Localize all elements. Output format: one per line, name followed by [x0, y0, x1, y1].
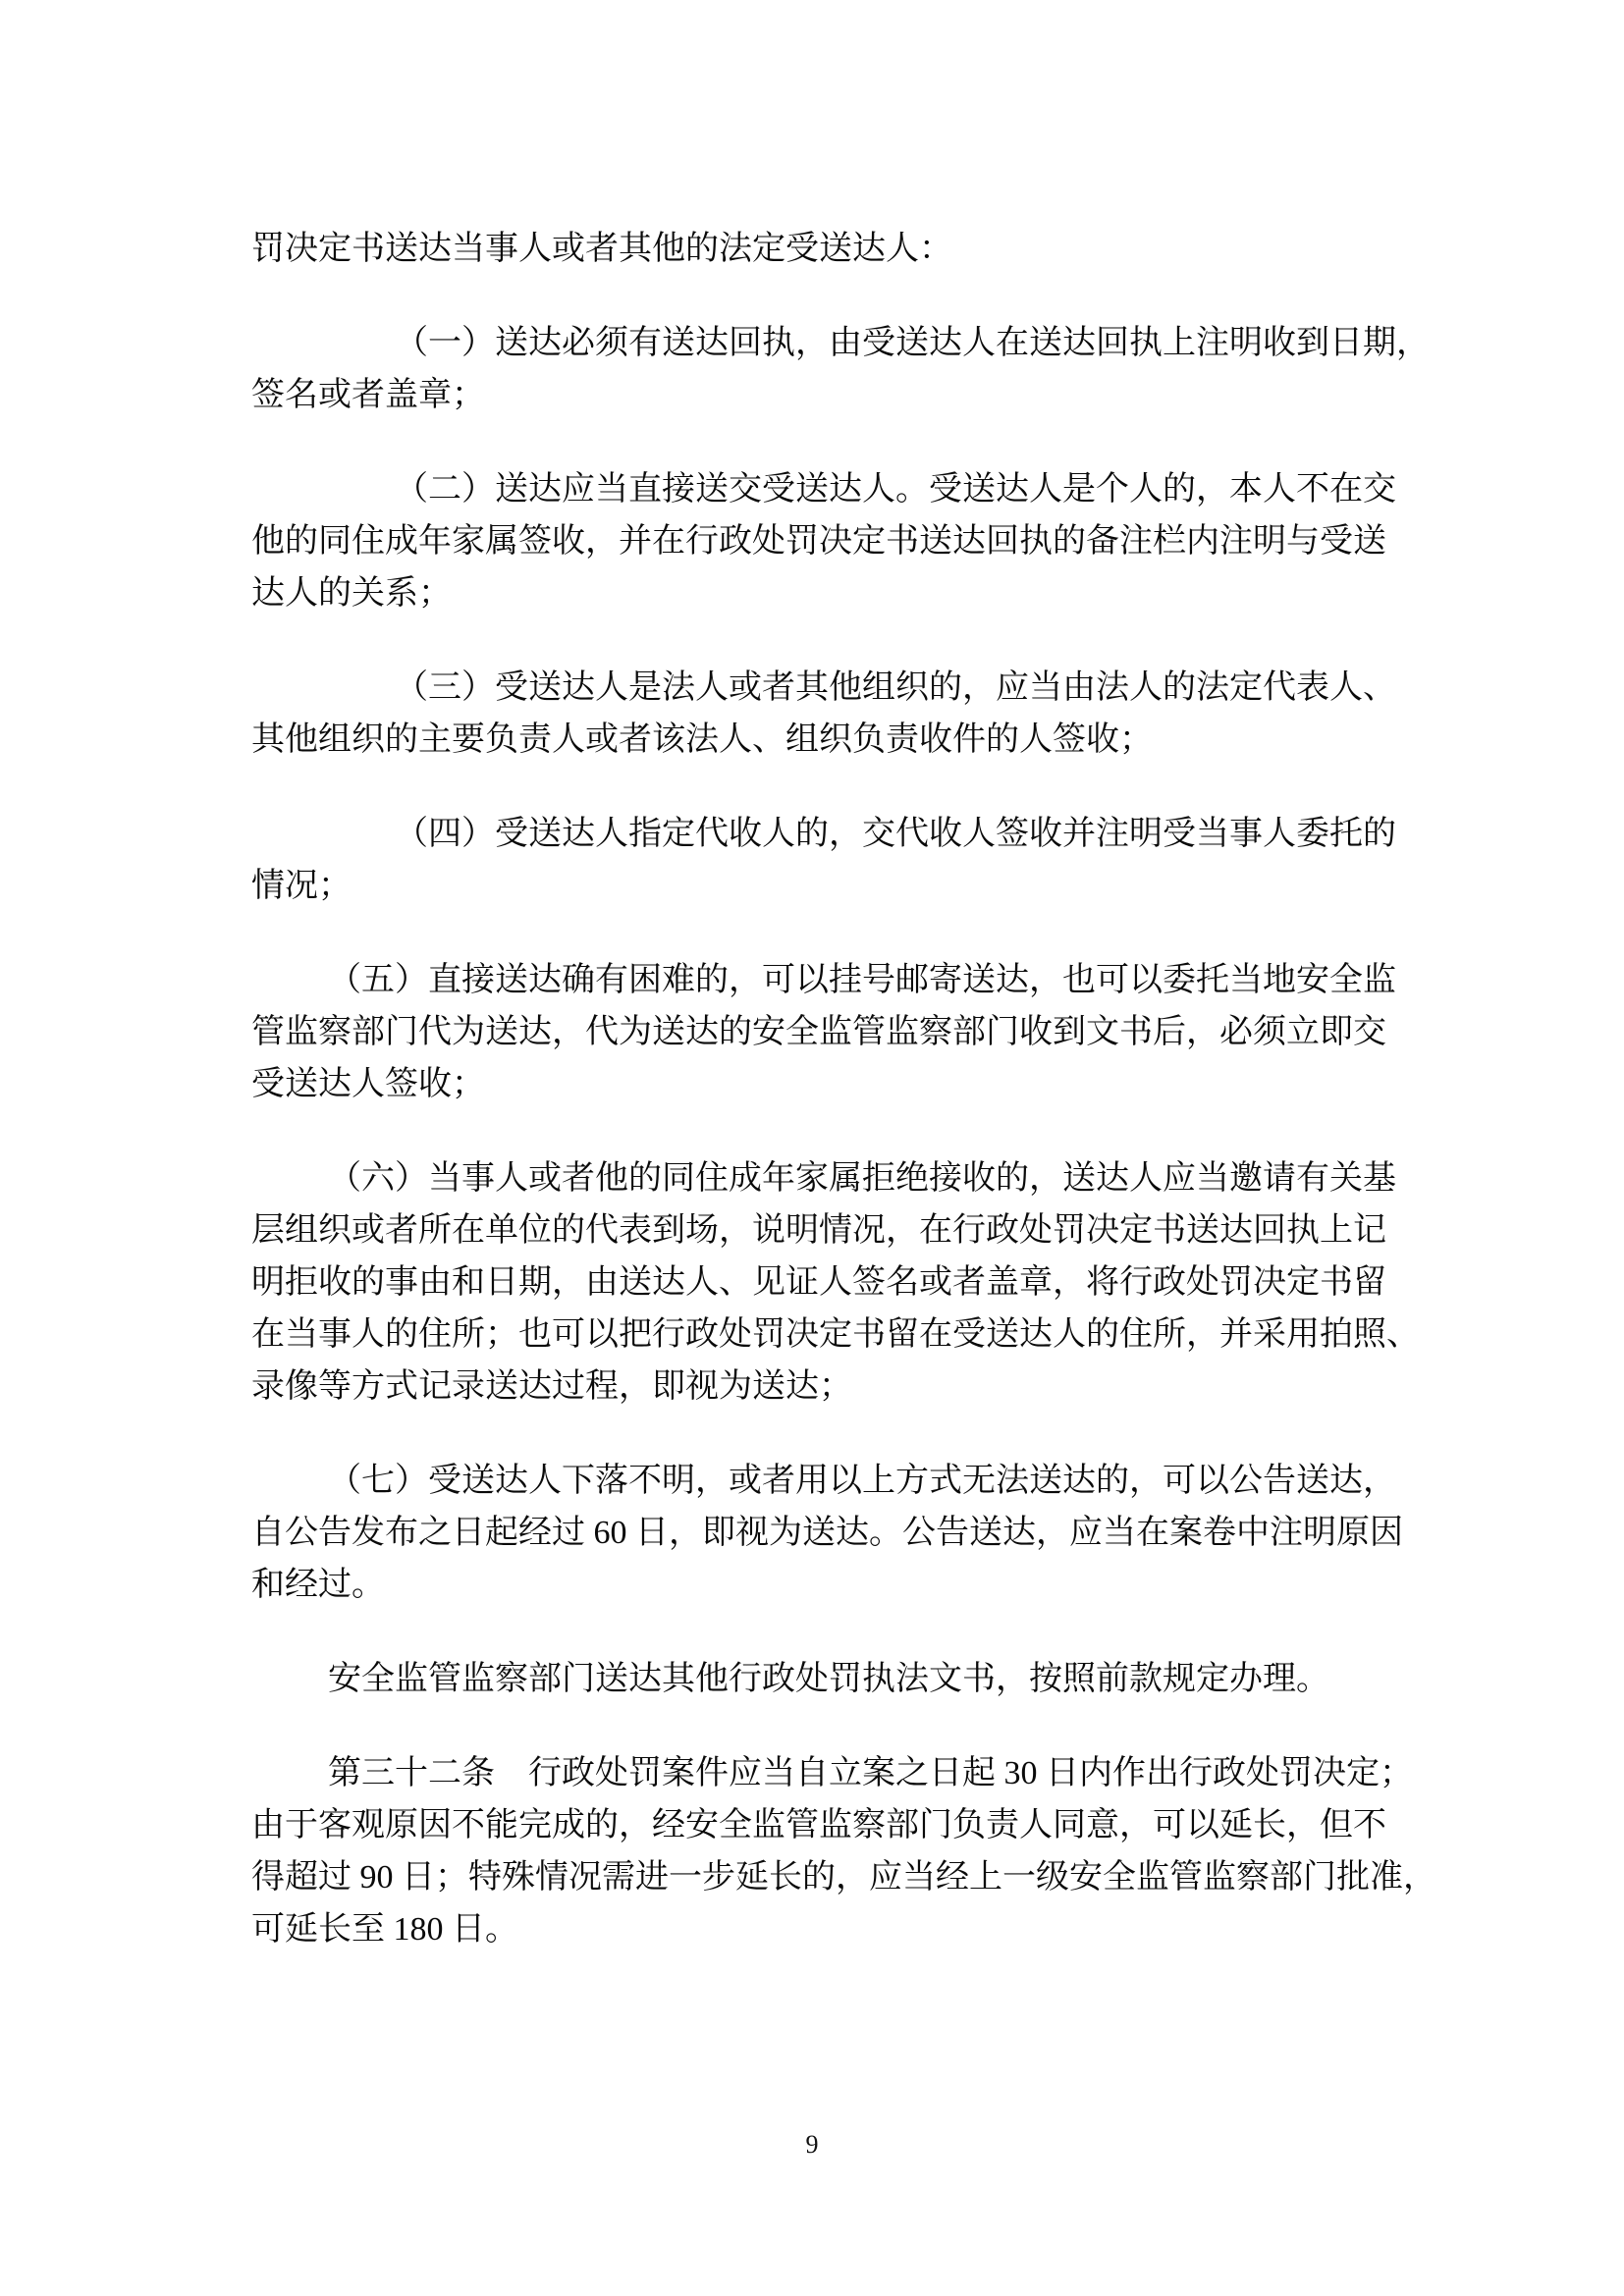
text-line: （一）送达必须有送达回执，由受送达人在送达回执上注明收到日期，: [251, 317, 1402, 369]
document-page: 罚决定书送达当事人或者其他的法定受送达人：（一）送达必须有送达回执，由受送达人在…: [0, 0, 1624, 2296]
text-line: 受送达人签收；: [251, 1058, 1402, 1110]
text-line: 第三十二条 行政处罚案件应当自立案之日起 30 日内作出行政处罚决定；: [251, 1747, 1402, 1799]
text-line: （五）直接送达确有困难的，可以挂号邮寄送达，也可以委托当地安全监: [251, 954, 1402, 1006]
text-line: 情况；: [251, 860, 1402, 912]
text-line: 安全监管监察部门送达其他行政处罚执法文书，按照前款规定办理。: [251, 1653, 1402, 1705]
text-line: （三）受送达人是法人或者其他组织的，应当由法人的法定代表人、: [251, 662, 1402, 714]
text-line: 罚决定书送达当事人或者其他的法定受送达人：: [251, 223, 1402, 275]
text-line: 可延长至 180 日。: [251, 1903, 1402, 1955]
text-line: 自公告发布之日起经过 60 日，即视为送达。公告送达，应当在案卷中注明原因: [251, 1507, 1402, 1559]
paragraph: 罚决定书送达当事人或者其他的法定受送达人：: [251, 223, 1402, 275]
paragraph: （一）送达必须有送达回执，由受送达人在送达回执上注明收到日期，签名或者盖章；: [251, 317, 1402, 421]
paragraph: （五）直接送达确有困难的，可以挂号邮寄送达，也可以委托当地安全监管监察部门代为送…: [251, 954, 1402, 1110]
text-line: 录像等方式记录送达过程，即视为送达；: [251, 1361, 1402, 1413]
paragraph: （六）当事人或者他的同住成年家属拒绝接收的，送达人应当邀请有关基层组织或者所在单…: [251, 1152, 1402, 1413]
paragraph: （二）送达应当直接送交受送达人。受送达人是个人的，本人不在交他的同住成年家属签收…: [251, 463, 1402, 619]
page-footer: 9: [0, 2128, 1624, 2162]
text-line: （二）送达应当直接送交受送达人。受送达人是个人的，本人不在交: [251, 463, 1402, 515]
text-line: 达人的关系；: [251, 567, 1402, 619]
page-number: 9: [806, 2130, 819, 2159]
text-line: 签名或者盖章；: [251, 369, 1402, 421]
paragraph: （三）受送达人是法人或者其他组织的，应当由法人的法定代表人、其他组织的主要负责人…: [251, 662, 1402, 766]
text-line: 在当事人的住所；也可以把行政处罚决定书留在受送达人的住所，并采用拍照、: [251, 1308, 1402, 1361]
paragraph: （七）受送达人下落不明，或者用以上方式无法送达的，可以公告送达，自公告发布之日起…: [251, 1455, 1402, 1611]
text-line: （七）受送达人下落不明，或者用以上方式无法送达的，可以公告送达，: [251, 1455, 1402, 1507]
text-line: 层组织或者所在单位的代表到场，说明情况，在行政处罚决定书送达回执上记: [251, 1204, 1402, 1256]
text-line: （四）受送达人指定代收人的，交代收人签收并注明受当事人委托的: [251, 808, 1402, 860]
paragraph: （四）受送达人指定代收人的，交代收人签收并注明受当事人委托的情况；: [251, 808, 1402, 912]
paragraph: 第三十二条 行政处罚案件应当自立案之日起 30 日内作出行政处罚决定；由于客观原…: [251, 1747, 1402, 1955]
text-line: 他的同住成年家属签收，并在行政处罚决定书送达回执的备注栏内注明与受送: [251, 515, 1402, 567]
document-body: 罚决定书送达当事人或者其他的法定受送达人：（一）送达必须有送达回执，由受送达人在…: [251, 223, 1402, 1998]
paragraph: 安全监管监察部门送达其他行政处罚执法文书，按照前款规定办理。: [251, 1653, 1402, 1705]
text-line: 其他组织的主要负责人或者该法人、组织负责收件的人签收；: [251, 714, 1402, 766]
text-line: （六）当事人或者他的同住成年家属拒绝接收的，送达人应当邀请有关基: [251, 1152, 1402, 1204]
text-line: 得超过 90 日；特殊情况需进一步延长的，应当经上一级安全监管监察部门批准，: [251, 1851, 1402, 1903]
text-line: 由于客观原因不能完成的，经安全监管监察部门负责人同意，可以延长，但不: [251, 1799, 1402, 1851]
text-line: 和经过。: [251, 1559, 1402, 1611]
text-line: 管监察部门代为送达，代为送达的安全监管监察部门收到文书后，必须立即交: [251, 1006, 1402, 1058]
text-line: 明拒收的事由和日期，由送达人、见证人签名或者盖章，将行政处罚决定书留: [251, 1256, 1402, 1308]
